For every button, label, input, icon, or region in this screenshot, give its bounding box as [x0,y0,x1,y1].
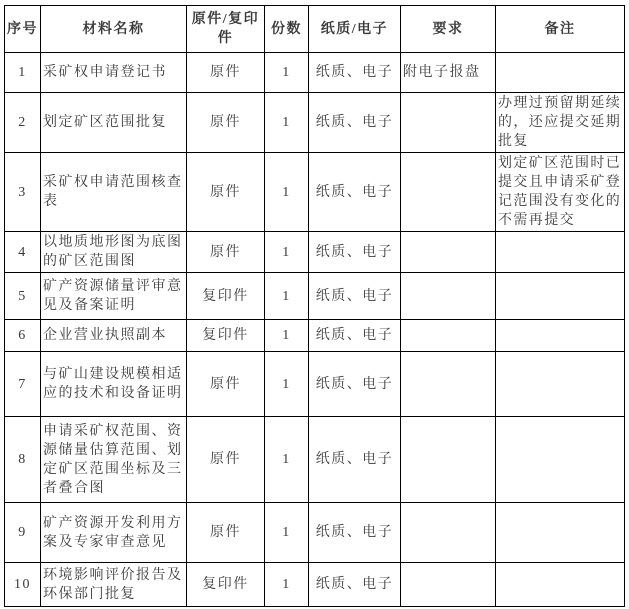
cell-remark [496,503,625,563]
cell-name: 矿产资源开发利用方案及专家审查意见 [41,503,187,563]
cell-no: 1 [5,53,41,93]
cell-remark [496,563,625,607]
cell-medium: 纸质、电子 [309,232,401,273]
cell-type: 原件 [187,232,265,273]
cell-type: 原件 [187,93,265,153]
cell-name: 矿产资源储量评审意见及备案证明 [41,273,187,320]
cell-copies: 1 [265,93,309,153]
cell-no: 10 [5,563,41,607]
header-cell-requirement: 要求 [401,6,496,53]
cell-remark [496,352,625,417]
cell-type: 原件 [187,503,265,563]
cell-remark [496,417,625,503]
cell-remark [496,320,625,352]
cell-medium: 纸质、电子 [309,153,401,232]
header-cell-no: 序号 [5,6,41,53]
cell-copies: 1 [265,320,309,352]
cell-medium: 纸质、电子 [309,273,401,320]
table-row: 6 企业营业执照副本 复印件 1 纸质、电子 [5,320,625,352]
cell-medium: 纸质、电子 [309,93,401,153]
cell-remark: 办理过预留期延续的，还应提交延期批复 [496,93,625,153]
document-page: 序号 材料名称 原件/复印件 份数 纸质/电子 要求 备注 1 采矿权申请登记书… [0,0,629,609]
cell-medium: 纸质、电子 [309,320,401,352]
cell-requirement [401,352,496,417]
cell-type: 原件 [187,153,265,232]
cell-medium: 纸质、电子 [309,417,401,503]
materials-table-header: 序号 材料名称 原件/复印件 份数 纸质/电子 要求 备注 [5,6,625,53]
cell-copies: 1 [265,352,309,417]
cell-requirement [401,153,496,232]
cell-remark [496,232,625,273]
cell-requirement [401,232,496,273]
cell-type: 复印件 [187,320,265,352]
cell-requirement [401,93,496,153]
cell-no: 5 [5,273,41,320]
cell-type: 复印件 [187,273,265,320]
cell-type: 复印件 [187,563,265,607]
cell-name: 申请采矿权范围、资源储量估算范围、划定矿区范围坐标及三者叠合图 [41,417,187,503]
table-row: 3 采矿权申请范围核查表 原件 1 纸质、电子 划定矿区范围时已提交且申请采矿登… [5,153,625,232]
cell-requirement [401,273,496,320]
cell-name: 采矿权申请登记书 [41,53,187,93]
table-row: 9 矿产资源开发利用方案及专家审查意见 原件 1 纸质、电子 [5,503,625,563]
cell-name: 环境影响评价报告及环保部门批复 [41,563,187,607]
header-row: 序号 材料名称 原件/复印件 份数 纸质/电子 要求 备注 [5,6,625,53]
header-cell-medium: 纸质/电子 [309,6,401,53]
cell-type: 原件 [187,417,265,503]
cell-no: 2 [5,93,41,153]
cell-requirement [401,417,496,503]
cell-name: 以地质地形图为底图的矿区范围图 [41,232,187,273]
cell-type: 原件 [187,53,265,93]
cell-copies: 1 [265,153,309,232]
cell-no: 8 [5,417,41,503]
cell-remark [496,53,625,93]
header-cell-remark: 备注 [496,6,625,53]
cell-no: 7 [5,352,41,417]
cell-requirement: 附电子报盘 [401,53,496,93]
table-row: 7 与矿山建设规模相适应的技术和设备证明 原件 1 纸质、电子 [5,352,625,417]
cell-medium: 纸质、电子 [309,563,401,607]
cell-remark [496,273,625,320]
materials-table-body: 1 采矿权申请登记书 原件 1 纸质、电子 附电子报盘 2 划定矿区范围批复 原… [5,53,625,607]
materials-table: 序号 材料名称 原件/复印件 份数 纸质/电子 要求 备注 1 采矿权申请登记书… [4,5,625,607]
cell-copies: 1 [265,417,309,503]
cell-requirement [401,503,496,563]
cell-no: 3 [5,153,41,232]
cell-medium: 纸质、电子 [309,503,401,563]
cell-copies: 1 [265,232,309,273]
cell-name: 划定矿区范围批复 [41,93,187,153]
table-row: 8 申请采矿权范围、资源储量估算范围、划定矿区范围坐标及三者叠合图 原件 1 纸… [5,417,625,503]
cell-medium: 纸质、电子 [309,53,401,93]
cell-type: 原件 [187,352,265,417]
header-cell-type: 原件/复印件 [187,6,265,53]
cell-copies: 1 [265,273,309,320]
cell-no: 9 [5,503,41,563]
cell-name: 与矿山建设规模相适应的技术和设备证明 [41,352,187,417]
cell-name: 采矿权申请范围核查表 [41,153,187,232]
table-row: 5 矿产资源储量评审意见及备案证明 复印件 1 纸质、电子 [5,273,625,320]
cell-copies: 1 [265,563,309,607]
table-row: 1 采矿权申请登记书 原件 1 纸质、电子 附电子报盘 [5,53,625,93]
table-row: 2 划定矿区范围批复 原件 1 纸质、电子 办理过预留期延续的，还应提交延期批复 [5,93,625,153]
cell-medium: 纸质、电子 [309,352,401,417]
cell-no: 4 [5,232,41,273]
header-cell-name: 材料名称 [41,6,187,53]
cell-name: 企业营业执照副本 [41,320,187,352]
cell-requirement [401,320,496,352]
header-cell-copies: 份数 [265,6,309,53]
table-row: 10 环境影响评价报告及环保部门批复 复印件 1 纸质、电子 [5,563,625,607]
cell-requirement [401,563,496,607]
cell-copies: 1 [265,503,309,563]
cell-copies: 1 [265,53,309,93]
table-row: 4 以地质地形图为底图的矿区范围图 原件 1 纸质、电子 [5,232,625,273]
cell-remark: 划定矿区范围时已提交且申请采矿登记范围没有变化的不需再提交 [496,153,625,232]
cell-no: 6 [5,320,41,352]
